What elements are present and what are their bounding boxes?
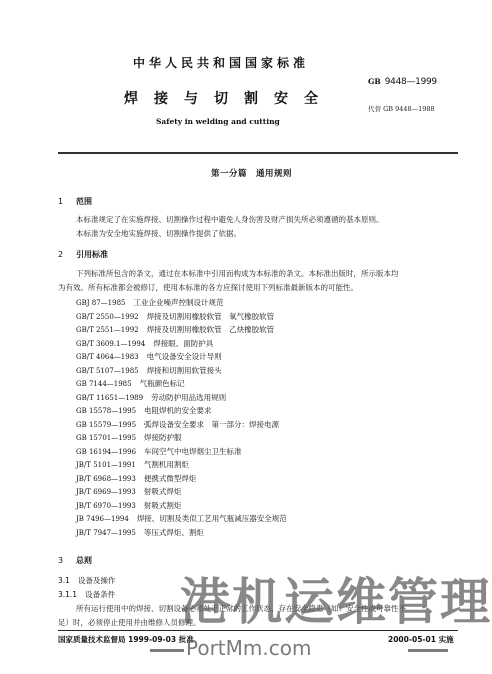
reference-title: 焊接眼、面防护具 [153,339,213,348]
section-title: 范围 [76,197,92,206]
reference-code: GB/T 2551—1992 [76,326,139,334]
reference-title: 射吸式割炬 [144,501,182,510]
reference-title: 焊接防护服 [144,433,182,442]
document-title-cn: 焊接与切割安全 [124,88,334,108]
reference-code: GB 15578—1995 [76,407,136,415]
effective-date: 2000-05-01 实施 [388,634,454,645]
reference-title: 等压式焊炬、割炬 [144,528,204,537]
section-number: 1 [58,197,76,206]
reference-code: GB/T 4064—1983 [76,353,139,361]
reference-code: GB/T 2550—1992 [76,313,139,321]
watermark-text-en: PortMm.com [186,636,311,660]
part-title: 第一分篇 通用规则 [211,167,292,179]
reference-item: GB 15578—1995电阻焊机的安全要求 [76,404,287,418]
reference-code: JB/T 6968—1993 [76,475,136,483]
reference-code: GB/T 11651—1989 [76,394,143,402]
watermark-text-cn: 港机运维管理 [180,574,492,630]
subsection-3-1-heading: 3.1设备及操作 [58,575,115,586]
section-2-intro-line-1: 下列标准所包含的条文，通过在本标准中引用而构成为本标准的条文。本标准出版时，所示… [76,268,399,279]
reference-item: JB/T 6969—1993射吸式焊炬 [76,485,287,499]
approval-date: 国家质量技术监督局 1999-09-03 批准 [58,634,194,645]
reference-item: JB/T 7947—1995等压式焊炬、割炬 [76,526,287,540]
subsection-number: 3.1.1 [58,590,77,599]
subsection-title: 设备及操作 [78,576,116,585]
section-1-heading: 1范围 [58,196,92,207]
reference-title: 焊接及切割用橡胶软管 氧气橡胶软管 [147,312,275,321]
reference-title: 工业企业噪声控制设计规范 [134,298,224,307]
reference-code: JB 7496—1994 [76,515,129,523]
reference-item: GB/T 2551—1992焊接及切割用橡胶软管 乙炔橡胶软管 [76,323,287,337]
reference-item: JB 7496—1994焊接、切割及类似工艺用气瓶减压器安全规范 [76,512,287,526]
reference-code: GBJ 87—1985 [76,299,126,307]
section-title: 引用标准 [76,250,108,259]
reference-item: JB/T 6970—1993射吸式割炬 [76,499,287,513]
section-1-paragraph-1: 本标准规定了在实施焊接、切割操作过程中避免人身伤害及财产损失所必须遵循的基本原则… [76,214,384,225]
national-standard-label: 中华人民共和国国家标准 [133,54,309,71]
reference-title: 射吸式焊炬 [144,487,182,496]
reference-code: GB/T 3609.1—1994 [76,340,145,348]
reference-item: GB 16194—1996车间空气中电焊烟尘卫生标准 [76,445,287,459]
reference-item: JB/T 5101—1991气割机用割炬 [76,458,287,472]
reference-item: GB/T 5107—1985焊接和切割用软管接头 [76,364,287,378]
reference-title: 焊接和切割用软管接头 [147,366,222,375]
reference-list: GBJ 87—1985工业企业噪声控制设计规范 GB/T 2550—1992焊接… [76,296,287,539]
reference-code: JB/T 7947—1995 [76,529,136,537]
reference-item: GB/T 4064—1983电气设备安全设计导则 [76,350,287,364]
reference-title: 弧焊设备安全要求 第一部分：焊接电源 [144,420,279,429]
reference-item: JB/T 6968—1993便携式微型焊炬 [76,472,287,486]
standard-prefix: GB [368,77,381,86]
section-1-paragraph-2: 本标准为安全地实施焊接、切割操作提供了依据。 [76,228,241,239]
reference-title: 焊接、切割及类似工艺用气瓶减压器安全规范 [137,514,287,523]
watermark-line-left [150,649,184,652]
standard-code: 9448—1999 [385,77,437,87]
reference-item: GB 7144—1985气瓶颜色标记 [76,377,287,391]
reference-item: GB/T 11651—1989劳动防护用品选用规则 [76,391,287,405]
document-title-en: Safety in welding and cutting [156,117,280,126]
reference-item: GBJ 87—1985工业企业噪声控制设计规范 [76,296,287,310]
section-number: 3 [58,556,76,565]
reference-code: GB 16194—1996 [76,448,136,456]
section-title: 总则 [76,556,92,565]
reference-code: JB/T 6969—1993 [76,488,136,496]
header-divider [58,152,458,154]
section-2-intro-line-2: 为有效。所有标准都会被修订，使用本标准的各方应探讨使用下列标准最新版本的可能性。 [58,282,358,293]
reference-item: GB/T 2550—1992焊接及切割用橡胶软管 氧气橡胶软管 [76,310,287,324]
reference-code: GB 15579—1995 [76,421,136,429]
reference-code: JB/T 6970—1993 [76,502,136,510]
section-3-heading: 3总则 [58,555,92,566]
section-2-heading: 2引用标准 [58,249,108,260]
reference-title: 气割机用割炬 [144,460,189,469]
reference-code: GB 15701—1995 [76,434,136,442]
reference-code: GB 7144—1985 [76,380,132,388]
reference-item: GB/T 3609.1—1994焊接眼、面防护具 [76,337,287,351]
standard-number: GB9448—1999 [368,77,437,87]
reference-title: 电阻焊机的安全要求 [144,406,212,415]
reference-item: GB 15701—1995焊接防护服 [76,431,287,445]
reference-title: 便携式微型焊炬 [144,474,197,483]
reference-title: 焊接及切割用橡胶软管 乙炔橡胶软管 [147,325,275,334]
section-number: 2 [58,250,76,259]
reference-title: 电气设备安全设计导则 [147,352,222,361]
subsection-3-1-1-heading: 3.1.1设备条件 [58,589,115,600]
reference-code: JB/T 5101—1991 [76,461,136,469]
reference-code: GB/T 5107—1985 [76,367,139,375]
subsection-number: 3.1 [58,576,70,585]
subsection-title: 设备条件 [85,590,115,599]
replaces-standard: 代替 GB 9448—1988 [368,104,435,113]
reference-title: 气瓶颜色标记 [140,379,185,388]
reference-item: GB 15579—1995弧焊设备安全要求 第一部分：焊接电源 [76,418,287,432]
reference-title: 车间空气中电焊烟尘卫生标准 [144,447,242,456]
reference-title: 劳动防护用品选用规则 [151,393,226,402]
watermark-line-right [408,649,448,652]
